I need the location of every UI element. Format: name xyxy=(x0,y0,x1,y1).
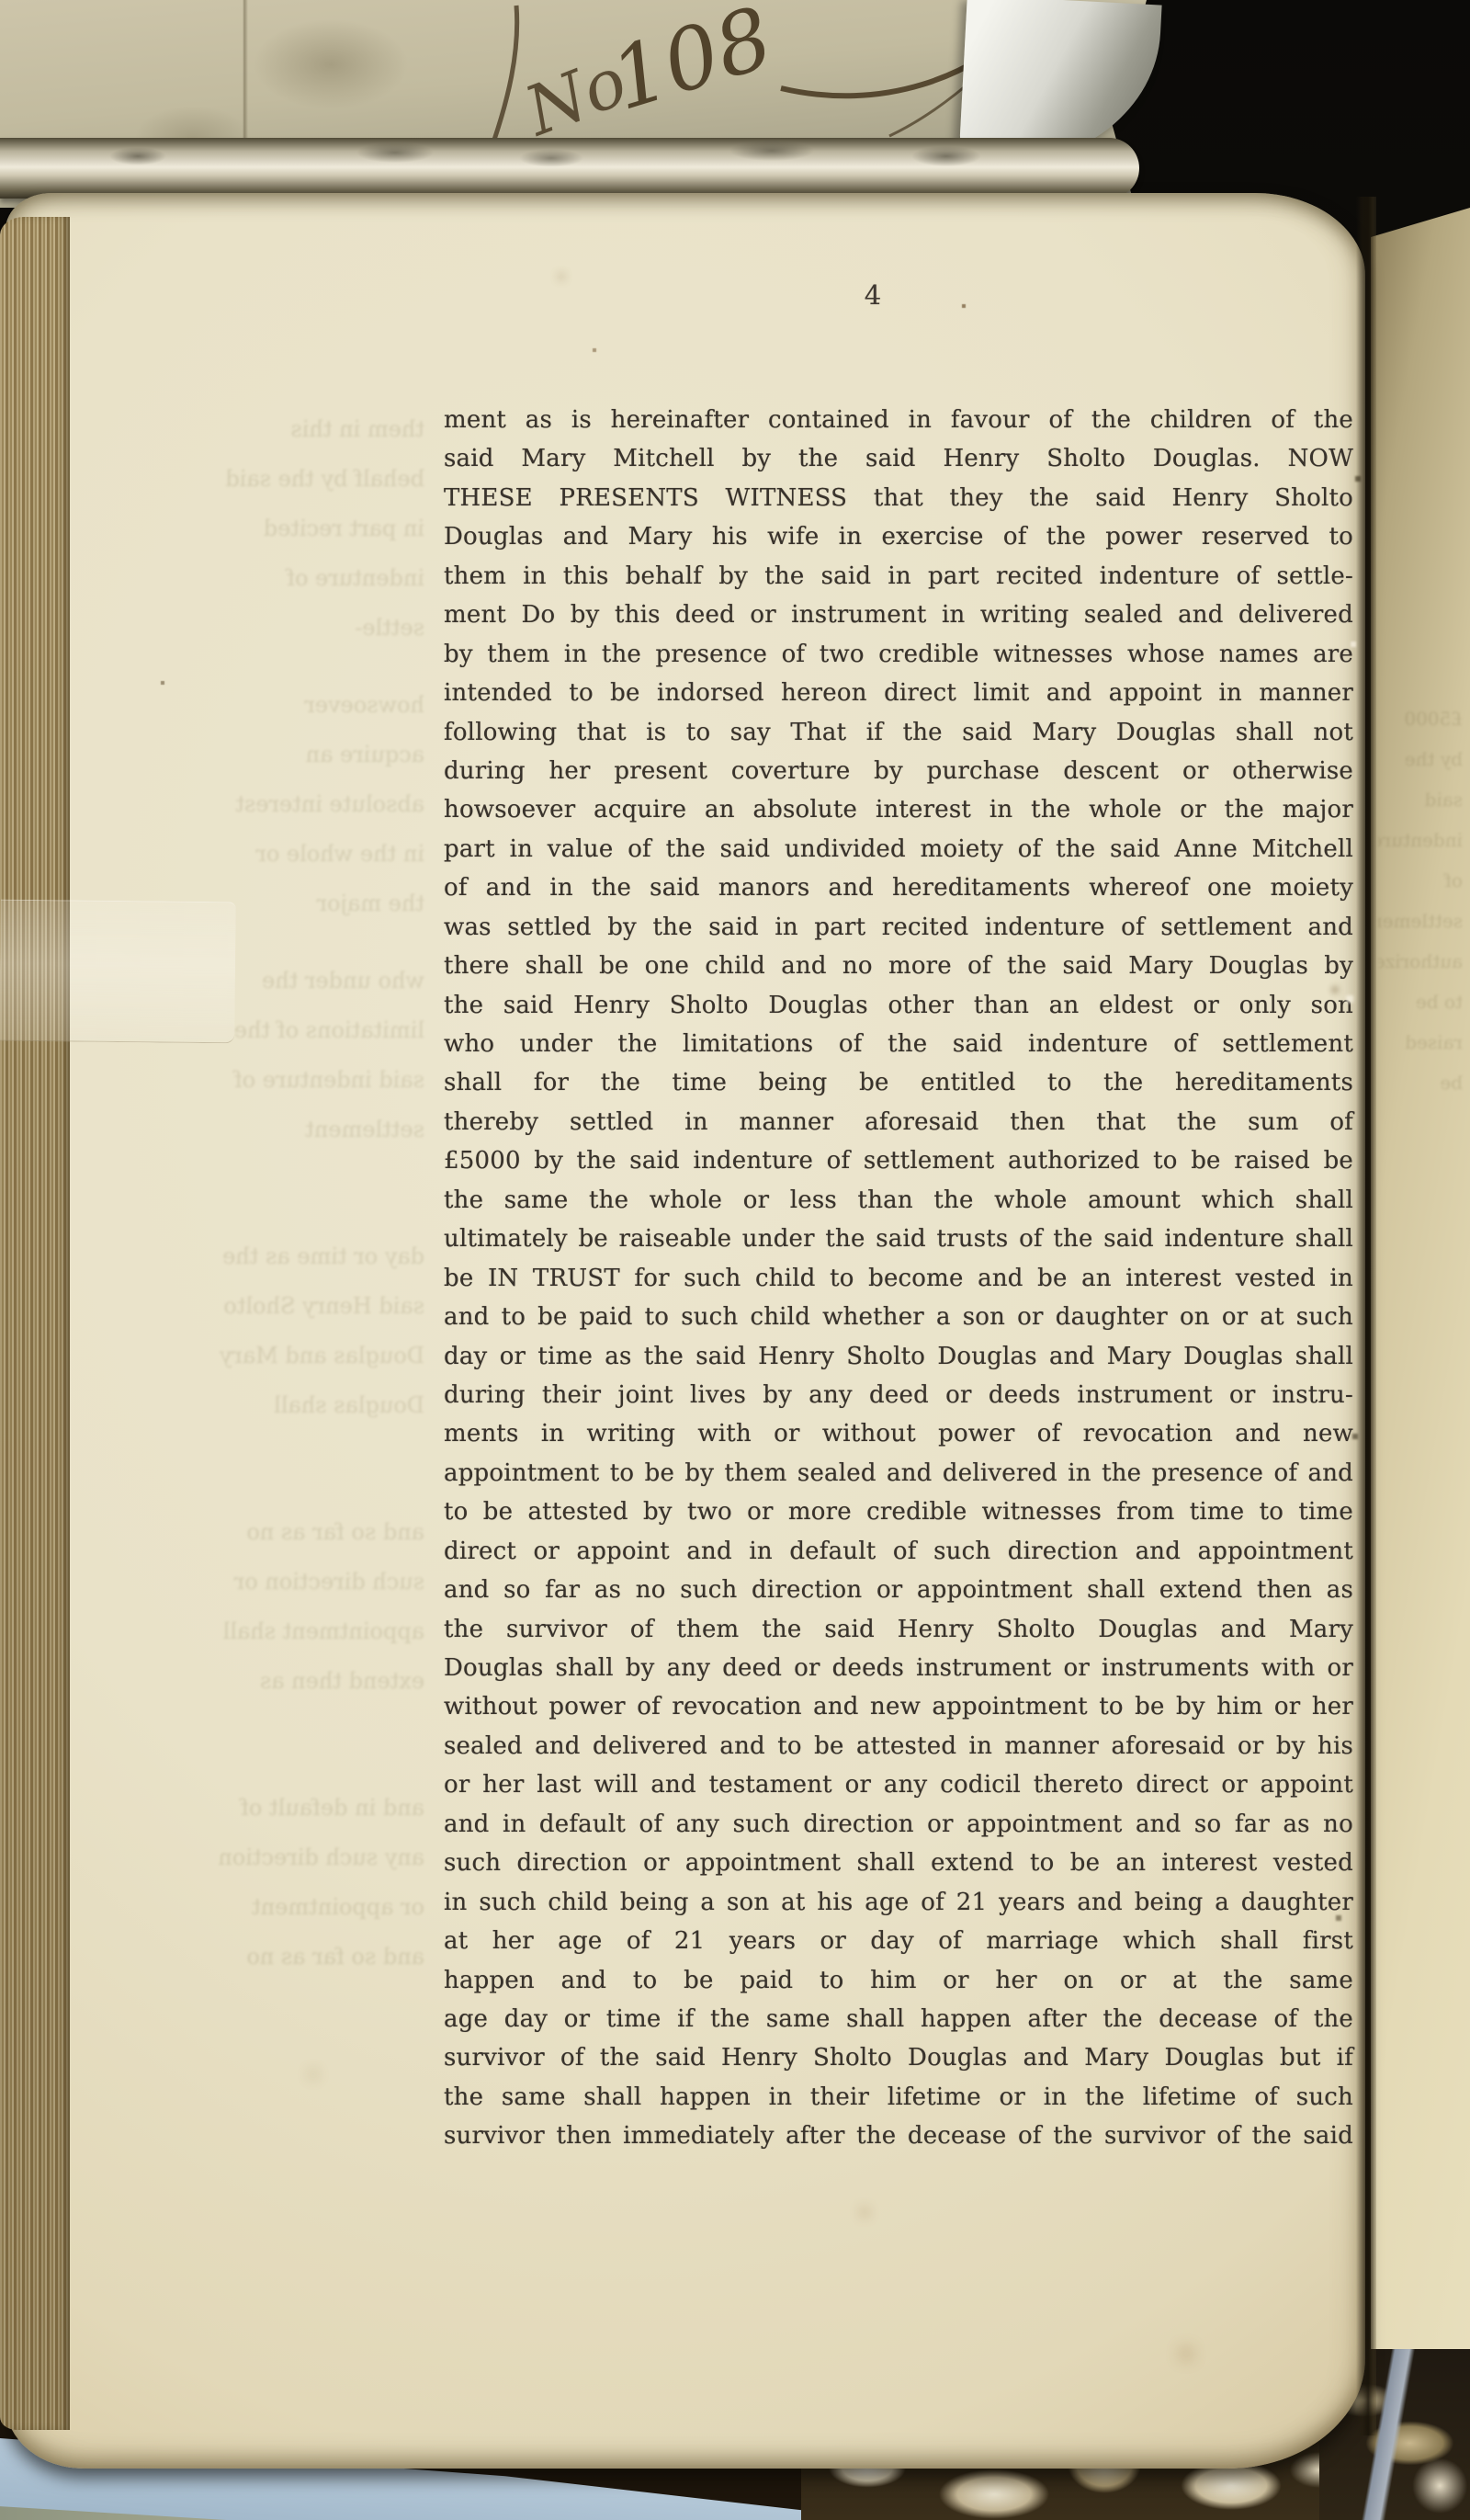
text-line: happen and to be paid to him or her on o… xyxy=(444,1961,1353,2000)
text-line: ment Do by this deed or instrument in wr… xyxy=(444,596,1353,634)
text-line: the said Henry Sholto Douglas other than… xyxy=(444,986,1353,1025)
bleed-through-text: and so far as no such direction or appoi… xyxy=(215,1507,424,1706)
text-line: them in this behalf by the said in part … xyxy=(444,557,1353,596)
text-line: and so far as no such direction or appoi… xyxy=(444,1571,1353,1609)
text-line: Douglas and Mary his wife in exercise of… xyxy=(444,517,1353,556)
text-line: and in default of any such direction or … xyxy=(444,1805,1353,1844)
text-line: such direction or appointment shall exte… xyxy=(444,1844,1353,1882)
text-line: ments in writing with or without power o… xyxy=(444,1414,1353,1453)
text-line: who under the limitations of the said in… xyxy=(444,1025,1353,1063)
page-number: 4 xyxy=(418,279,1328,311)
text-line: day or time as the said Henry Sholto Dou… xyxy=(444,1337,1353,1376)
text-line: without power of revocation and new appo… xyxy=(444,1687,1353,1726)
left-fore-edge xyxy=(0,217,70,2430)
text-line: during her present coverture by purchase… xyxy=(444,752,1353,790)
text-line: by them in the presence of two credible … xyxy=(444,635,1353,674)
text-line: thereby settled in manner aforesaid then… xyxy=(444,1103,1353,1141)
text-line: Douglas shall by any deed or deeds instr… xyxy=(444,1649,1353,1687)
text-line: ment as is hereinafter contained in favo… xyxy=(444,401,1353,439)
text-line: be IN TRUST for such child to become and… xyxy=(444,1259,1353,1298)
text-line: the survivor of them the said Henry Shol… xyxy=(444,1610,1353,1649)
text-line: the same shall happen in their lifetime … xyxy=(444,2078,1353,2117)
text-line: was settled by the said in part recited … xyxy=(444,908,1353,947)
text-line: survivor then immediately after the dece… xyxy=(444,2117,1353,2155)
bleed-through-text: who under the limitations of the said in… xyxy=(215,956,424,1154)
text-line: THESE PRESENTS WITNESS that they the sai… xyxy=(444,479,1353,517)
text-line: part in value of the said undivided moie… xyxy=(444,830,1353,868)
text-line: and to be paid to such child whether a s… xyxy=(444,1298,1353,1336)
text-line: or her last will and testament or any co… xyxy=(444,1765,1353,1804)
text-line: to be attested by two or more credible w… xyxy=(444,1493,1353,1531)
text-line: intended to be indorsed hereon direct li… xyxy=(444,674,1353,712)
bleed-through-text: day or time as the said Henry Sholto Dou… xyxy=(215,1232,424,1430)
body-text: ment as is hereinafter contained in favo… xyxy=(444,401,1353,2156)
text-line: shall for the time being be entitled to … xyxy=(444,1063,1353,1102)
text-line: the same the whole or less than the whol… xyxy=(444,1181,1353,1220)
book-photo: No 108 £5000 by the said indenture of se… xyxy=(0,0,1470,2520)
text-line: age day or time if the same shall happen… xyxy=(444,2000,1353,2038)
text-line: during their joint lives by any deed or … xyxy=(444,1376,1353,1414)
text-line: following that is to say That if the sai… xyxy=(444,713,1353,752)
tape-overlay xyxy=(0,900,236,1044)
text-line: there shall be one child and no more of … xyxy=(444,947,1353,985)
bleed-through-text: howsoever acquire an absolute interest i… xyxy=(215,680,424,928)
text-line: appointment to be by them sealed and del… xyxy=(444,1454,1353,1493)
text-line: at her age of 21 years or day of marriag… xyxy=(444,1922,1353,1960)
text-line: sealed and delivered and to be attested … xyxy=(444,1727,1353,1765)
rolled-page-edge xyxy=(0,138,1139,199)
text-line: of and in the said manors and hereditame… xyxy=(444,868,1353,907)
text-line: ultimately be raiseable under the said t… xyxy=(444,1220,1353,1258)
bleed-through-text: them in this behalf by the said in part … xyxy=(215,404,424,653)
text-line: in such child being a son at his age of … xyxy=(444,1883,1353,1922)
text-line: said Mary Mitchell by the said Henry Sho… xyxy=(444,439,1353,478)
handwritten-number: 108 xyxy=(600,0,783,130)
foxing-stains xyxy=(0,0,2,2)
text-line: howsoever acquire an absolute interest i… xyxy=(444,790,1353,829)
text-line: £5000 by the said indenture of settlemen… xyxy=(444,1141,1353,1180)
ink-stroke xyxy=(494,6,517,140)
text-line: survivor of the said Henry Sholto Dougla… xyxy=(444,2038,1353,2077)
bleed-through-text: and in default of any such direction or … xyxy=(215,1783,424,1981)
text-line: direct or appoint and in default of such… xyxy=(444,1532,1353,1571)
bleed-through-text: £5000 by the said indenture of settlemen… xyxy=(1378,698,1463,1415)
